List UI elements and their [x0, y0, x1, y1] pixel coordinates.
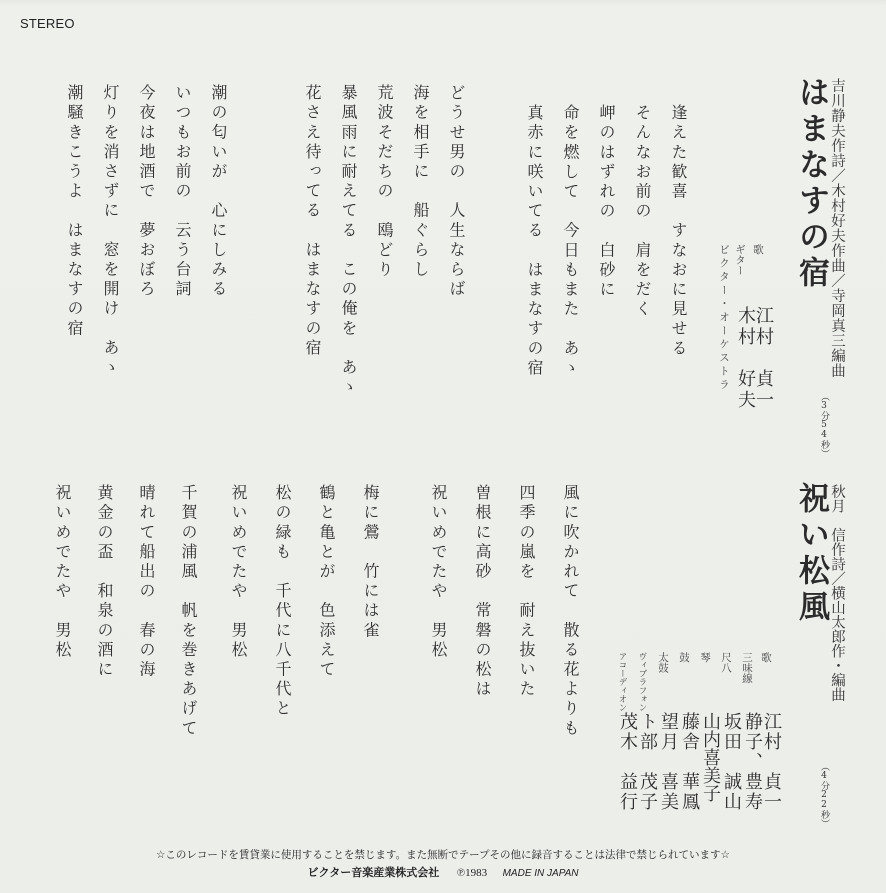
- song2-role: ヴィブラフォン: [636, 652, 648, 712]
- lyric-line: 命を燃して 今日もまた あゝ: [559, 104, 582, 378]
- song1-name-guitar: 木村 好夫: [732, 306, 758, 411]
- lyric-line: 松の緑も 千代に八千代と: [271, 484, 294, 719]
- song2-role: 三味線: [740, 652, 755, 684]
- made-in-japan: MADE IN JAPAN: [503, 868, 579, 879]
- song2-role: 太鼓: [656, 652, 671, 673]
- record-sleeve-back: STEREO 吉川静夫作詩／木村好夫作曲／寺岡真三編曲 はまなすの宿 （3分54…: [0, 0, 886, 893]
- song1-orchestra: ビクター・オーケストラ: [717, 244, 732, 393]
- lyric-line: 潮の匂いが 心にしみる: [207, 84, 230, 300]
- lyric-line: 風に吹かれて 散る花よりも: [559, 484, 582, 739]
- lyric-line: 真赤に咲いてる はまなすの宿: [523, 104, 546, 378]
- lyric-line: 祝いめでたや 男松: [51, 484, 74, 660]
- lyric-line: 岬のはずれの 白砂に: [595, 104, 618, 300]
- lyric-line: 千賀の浦風 帆を巻きあげて: [177, 484, 200, 739]
- lyric-line: 荒波そだちの 鴎どり: [373, 84, 396, 280]
- lyric-line: 灯りを消さずに 窓を開け あゝ: [99, 84, 122, 378]
- lyric-line: 梅に鶯 竹には雀: [359, 484, 382, 641]
- lyric-line: いつもお前の 云う台詞: [171, 84, 194, 300]
- song2-role: 琴: [698, 652, 713, 663]
- song2-title: 祝い松風: [789, 482, 834, 626]
- song1-role-guitar: ギター: [733, 244, 748, 276]
- lyric-line: 曽根に高砂 常磐の松は: [471, 484, 494, 700]
- lyric-line: 四季の嵐を 耐え抜いた: [515, 484, 538, 700]
- lyric-line: どうせ男の 人生ならば: [445, 84, 468, 300]
- song1-title: はまなすの宿: [789, 76, 834, 292]
- lyric-line: 暴風雨に耐えてる この俺を あゝ: [337, 84, 360, 398]
- song2-role: 鼓: [677, 652, 692, 663]
- lyric-line: 海を相手に 船ぐらし: [409, 84, 432, 280]
- lyric-line: 潮騒きこうよ はまなすの宿: [63, 84, 86, 339]
- lyric-line: 逢えた歓喜 すなおに見せる: [667, 104, 690, 359]
- lyric-line: 祝いめでたや 男松: [227, 484, 250, 660]
- lyric-line: 晴れて船出の 春の海: [135, 484, 158, 680]
- song2-duration: （4分22秒）: [819, 762, 828, 828]
- copyright-notice: ☆このレコードを賃貸業に使用することを禁じます。また無断でテープその他に録音する…: [0, 847, 886, 862]
- publisher-line: ビクター音楽産業株式会社 ℗1983 MADE IN JAPAN: [0, 864, 886, 880]
- song1-role-vocal: 歌: [751, 244, 766, 255]
- phonogram-copyright: ℗1983: [457, 867, 487, 879]
- song1-duration: （3分54秒）: [819, 392, 828, 458]
- company-name: ビクター音楽産業株式会社: [307, 866, 439, 879]
- lyric-line: 花さえ待ってる はまなすの宿: [301, 84, 324, 358]
- song2-role: 歌: [759, 652, 774, 663]
- lyric-line: 今夜は地酒で 夢おぼろ: [135, 84, 158, 300]
- stereo-label: STEREO: [20, 16, 75, 31]
- lyric-line: 鶴と亀とが 色添えて: [315, 484, 338, 680]
- lyric-line: 祝いめでたや 男松: [427, 484, 450, 660]
- lyric-line: 黄金の盃 和泉の酒に: [93, 484, 116, 680]
- song2-name: 茂木 益行: [614, 712, 640, 812]
- lyric-line: そんなお前の 肩をだく: [631, 104, 654, 320]
- song2-role: アコーディオン: [616, 652, 628, 712]
- song2-role: 尺八: [719, 652, 734, 673]
